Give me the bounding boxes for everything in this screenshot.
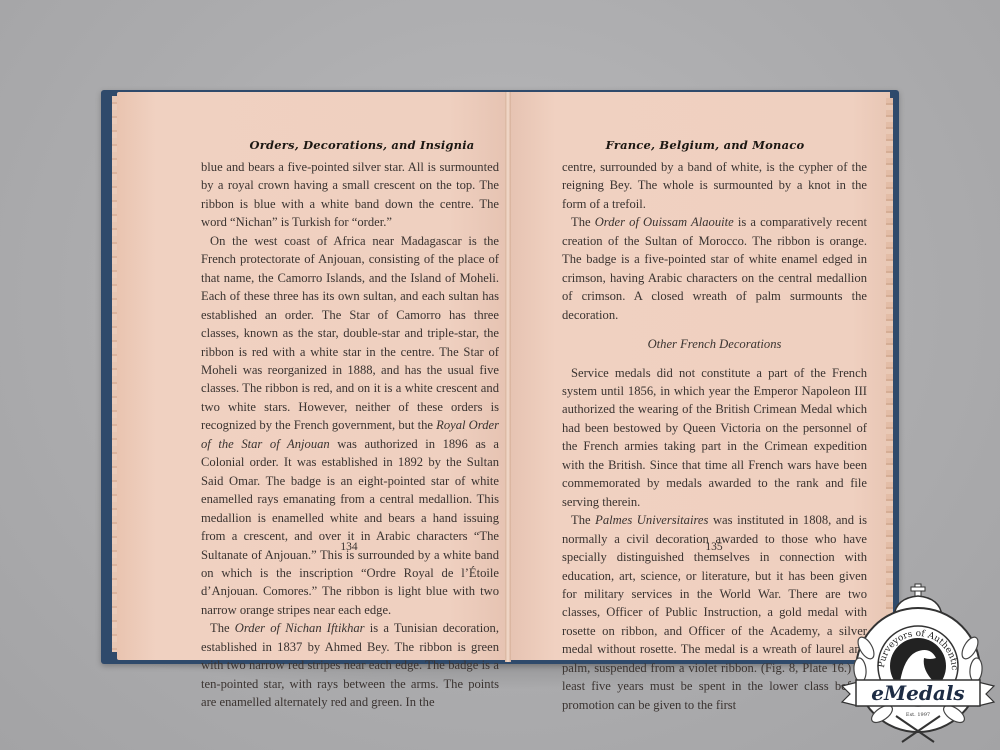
paragraph: blue and bears a five-pointed silver sta… <box>201 158 499 232</box>
right-page-text: centre, surrounded by a band of white, i… <box>562 158 867 714</box>
right-running-head: France, Belgium, and Monaco <box>590 138 820 152</box>
paragraph: On the west coast of Africa near Madagas… <box>201 232 499 620</box>
page-number-left: 134 <box>329 541 369 553</box>
paragraph: Service medals did not constitute a part… <box>562 364 867 512</box>
paragraph: centre, surrounded by a band of white, i… <box>562 158 867 213</box>
emedals-watermark-logo: Purveyors of Authentic Militaria eMedals… <box>838 578 998 748</box>
watermark-brand: eMedals <box>871 681 964 705</box>
paragraph: The Order of Nichan Iftikhar is a Tunisi… <box>201 619 499 711</box>
paragraph: The Order of Ouissam Alaouite is a compa… <box>562 213 867 324</box>
watermark-established: Est. 1997 <box>906 712 930 718</box>
page-number-right: 135 <box>694 541 734 553</box>
book-gutter <box>505 92 511 662</box>
page-edges-right <box>886 98 893 653</box>
left-running-head: Orders, Decorations, and Insignia <box>232 138 492 152</box>
section-subheading: Other French Decorations <box>562 335 867 353</box>
right-text-after-subheading: Service medals did not constitute a part… <box>562 364 867 715</box>
left-page-text: blue and bears a five-pointed silver sta… <box>201 158 499 712</box>
right-text-before-subheading: centre, surrounded by a band of white, i… <box>562 158 867 324</box>
